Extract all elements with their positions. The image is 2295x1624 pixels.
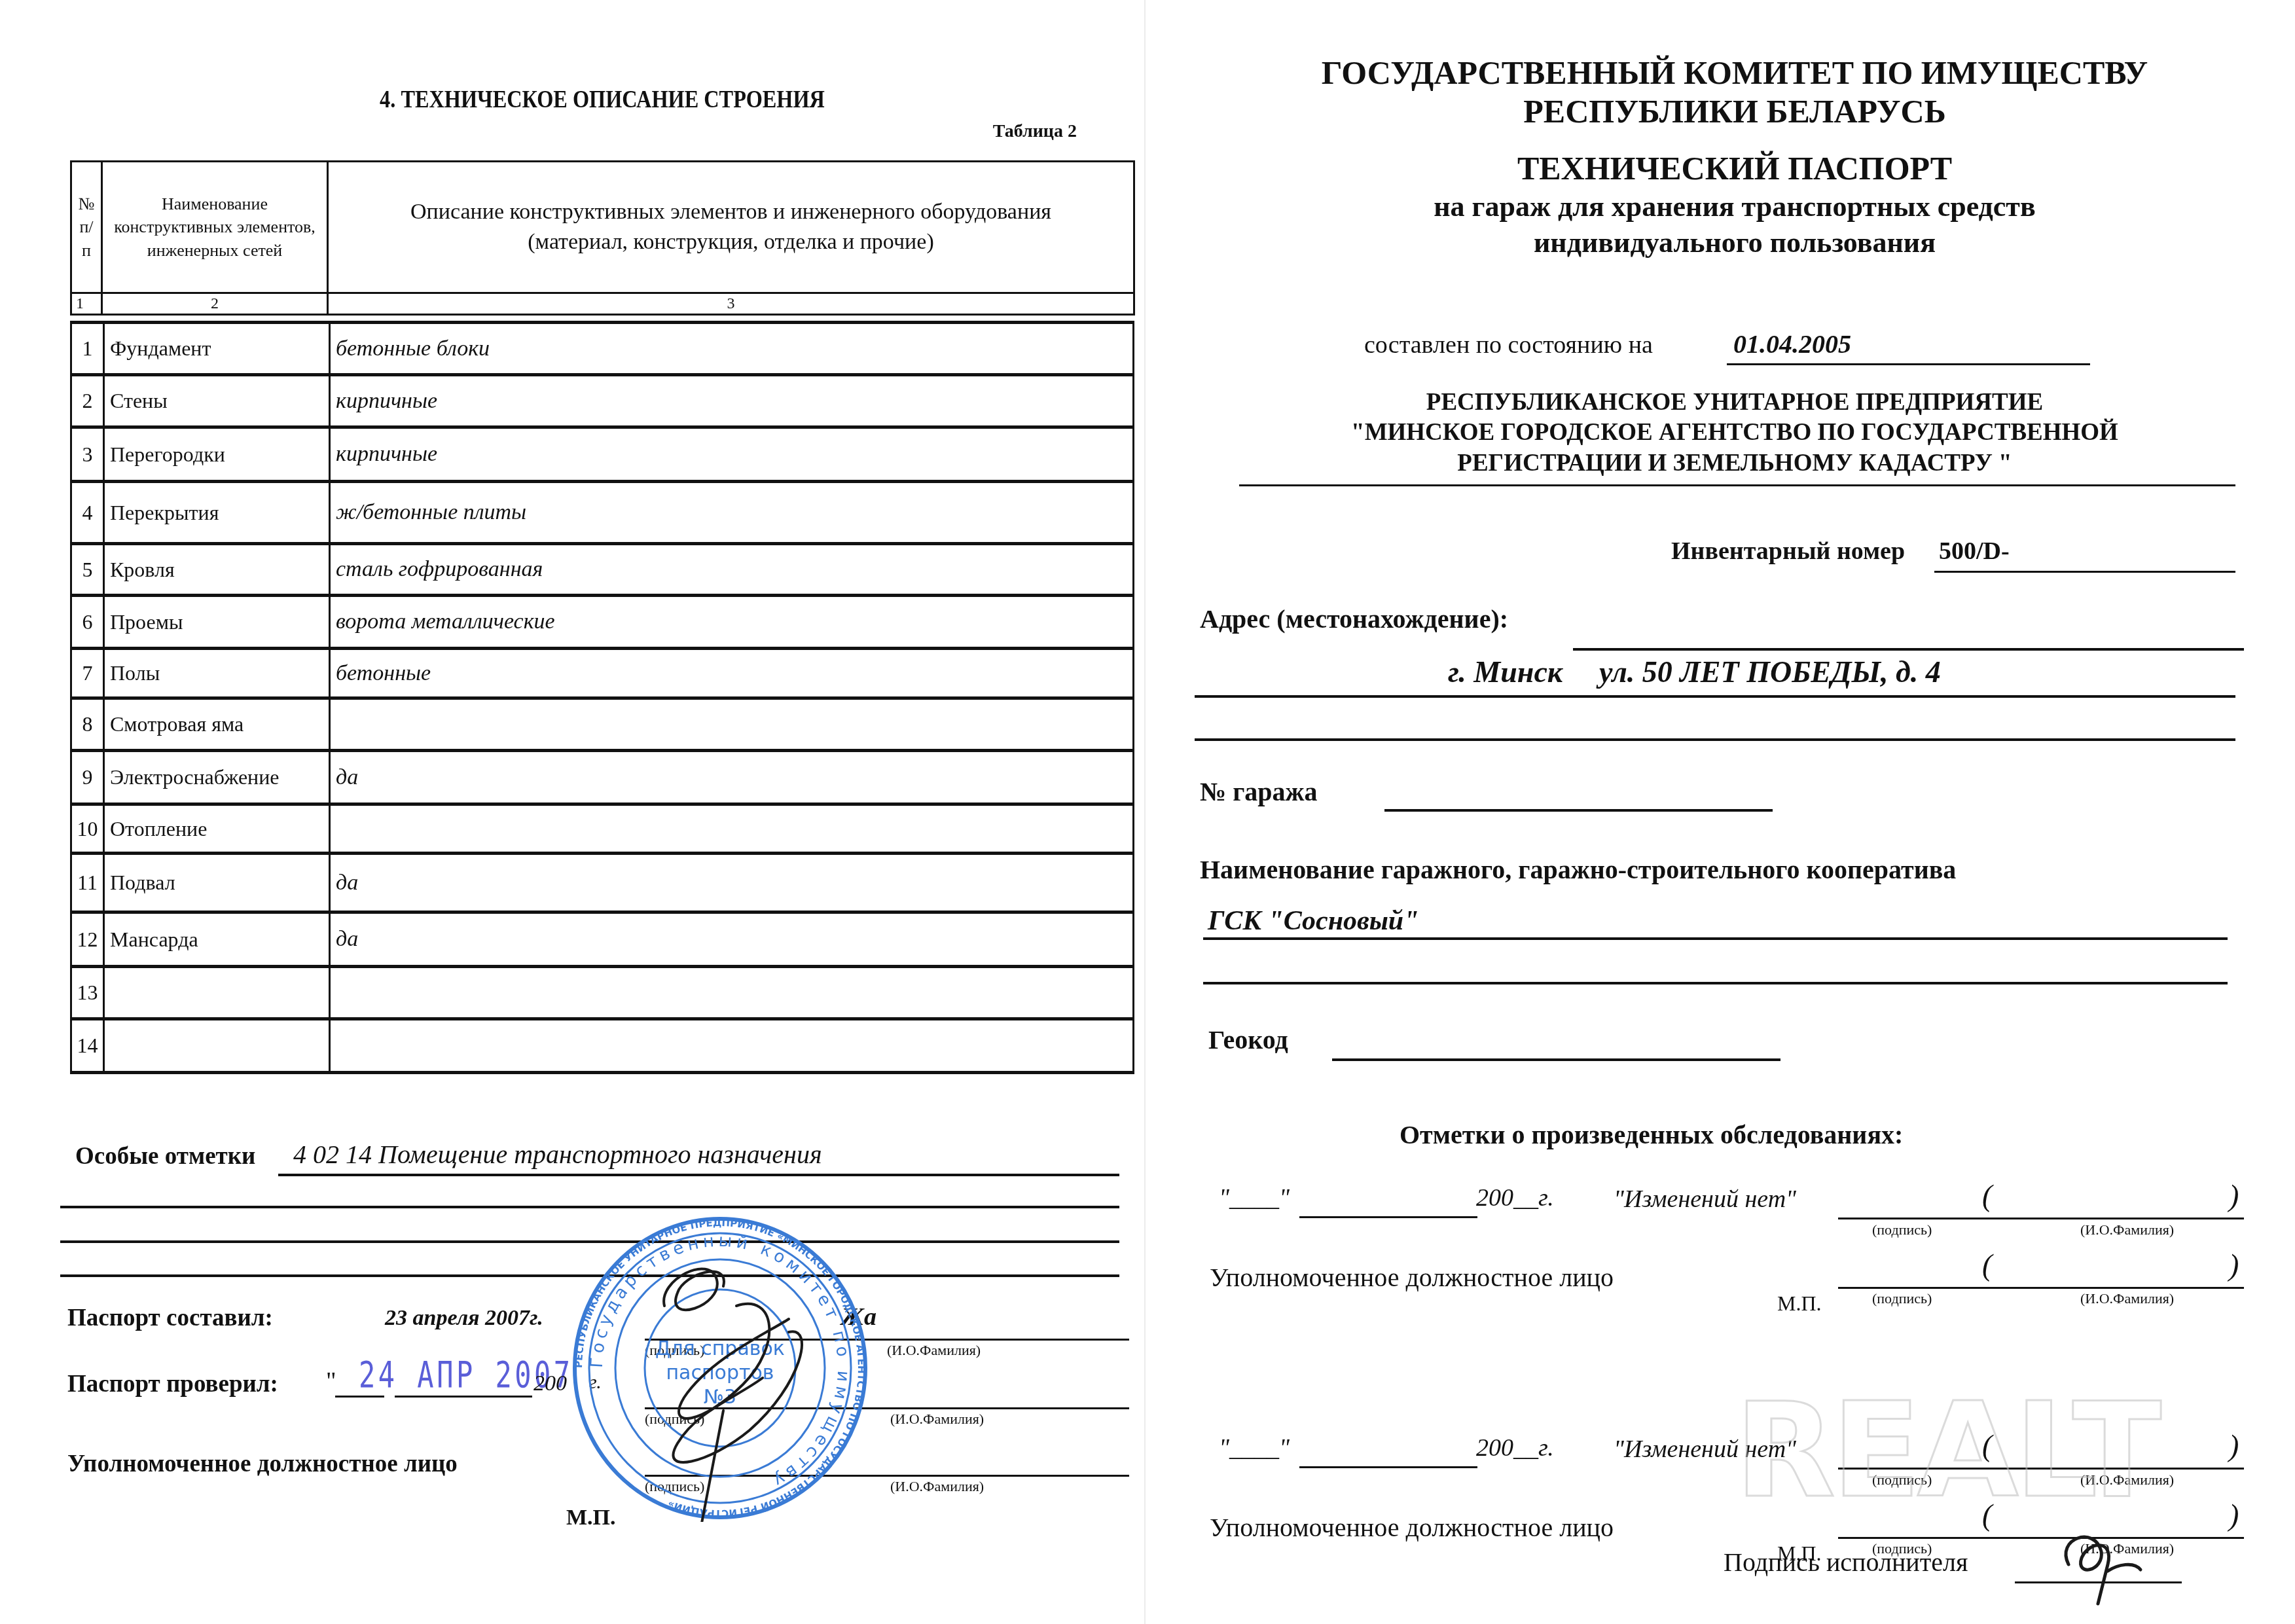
as-of-label: составлен по состоянию на	[1364, 331, 1653, 359]
survey-sign-line	[1838, 1218, 2244, 1219]
row-description: ж/бетонные плиты	[331, 483, 1134, 542]
survey-status: "Изменений нет"	[1614, 1185, 1796, 1214]
row-element-name: Перекрытия	[105, 483, 331, 542]
row-element-name: Подвал	[105, 855, 331, 911]
header-no: № п/ п	[71, 162, 102, 293]
row-element-name: Перегородки	[105, 429, 331, 480]
special-notes-label: Особые отметки	[75, 1142, 255, 1170]
surveys-title: Отметки о произведенных обследованиях:	[1400, 1119, 1903, 1150]
table-row: 7 Полы бетонные	[70, 647, 1134, 696]
committee-title: ГОСУДАРСТВЕННЫЙ КОМИТЕТ ПО ИМУЩЕСТВУ РЕС…	[1211, 54, 2258, 130]
row-number: 7	[70, 650, 105, 696]
row-description	[331, 700, 1134, 749]
row-number: 14	[70, 1020, 105, 1071]
row-description: да	[331, 914, 1134, 965]
garage-no-line	[1384, 809, 1773, 812]
organization-name: РЕСПУБЛИКАНСКОЕ УНИТАРНОЕ ПРЕДПРИЯТИЕ "М…	[1211, 388, 2258, 478]
paren-close: )	[2229, 1248, 2239, 1282]
row-description: да	[331, 752, 1134, 803]
survey-official-sig-caption: (подпись)	[1872, 1290, 1932, 1307]
checked-label: Паспорт проверил:	[67, 1370, 278, 1398]
coop-label: Наименование гаражного, гаражно-строител…	[1200, 854, 1956, 885]
geocode-line	[1332, 1058, 1780, 1061]
table-row: 9 Электроснабжение да	[70, 749, 1134, 803]
official-round-stamp-icon: РЕСПУБЛИКАНСКОЕ УНИТАРНОЕ ПРЕДПРИЯТИЕ «М…	[566, 1214, 874, 1522]
row-number: 10	[70, 806, 105, 852]
checked-name-caption: (И.О.Фамилия)	[890, 1411, 984, 1428]
document-title: ТЕХНИЧЕСКИЙ ПАСПОРТ	[1211, 149, 2258, 188]
row-element-name	[105, 968, 331, 1017]
row-number: 11	[70, 855, 105, 911]
survey-date-quote: "____"	[1219, 1183, 1290, 1212]
header-desc: Описание конструктивных элементов и инже…	[328, 162, 1134, 293]
compiled-date: 23 апреля 2007г.	[385, 1306, 543, 1331]
row-number: 3	[70, 429, 105, 480]
technical-description-table: № п/ п Наименование конструктивных элеме…	[70, 160, 1135, 316]
survey-month-line	[1299, 1466, 1477, 1468]
row-description: ворота металлические	[331, 597, 1134, 647]
coop-line-1	[1203, 937, 2228, 940]
table-header-row: № п/ п Наименование конструктивных элеме…	[71, 162, 1134, 293]
paren-open: (	[1982, 1248, 1992, 1282]
row-element-name: Мансарда	[105, 914, 331, 965]
compiled-name-caption: (И.О.Фамилия)	[887, 1342, 981, 1359]
row-element-name: Проемы	[105, 597, 331, 647]
garage-no-label: № гаража	[1200, 776, 1318, 807]
survey-mp: М.П.	[1777, 1291, 1822, 1316]
table-row: 5 Кровля сталь гофрированная	[70, 542, 1134, 594]
row-description: сталь гофрированная	[331, 545, 1134, 594]
survey-year: 200__г.	[1476, 1183, 1554, 1212]
table-row: 12 Мансарда да	[70, 911, 1134, 965]
row-number: 12	[70, 914, 105, 965]
survey-official-sign-line	[1838, 1537, 2244, 1539]
row-element-name: Фундамент	[105, 324, 331, 373]
official-label: Уполномоченное должностное лицо	[67, 1450, 458, 1478]
row-description: бетонные блоки	[331, 324, 1134, 373]
survey-official-sign-line	[1838, 1287, 2244, 1289]
row-description: да	[331, 855, 1134, 911]
table-row: 8 Смотровая яма	[70, 696, 1134, 749]
row-number: 4	[70, 483, 105, 542]
table-row: 6 Проемы ворота металлические	[70, 594, 1134, 647]
document-subtitle: на гараж для хранения транспортных средс…	[1211, 189, 2258, 261]
survey-year: 200__г.	[1476, 1434, 1554, 1462]
survey-official-label: Уполномоченное должностное лицо	[1210, 1262, 1614, 1293]
as-of-line	[1727, 363, 2090, 365]
page-fold	[1144, 0, 1146, 1624]
executor-signature-icon	[2042, 1525, 2154, 1610]
as-of-date: 01.04.2005	[1733, 329, 1851, 359]
special-notes-line	[278, 1174, 1119, 1176]
table-row: 14	[70, 1017, 1134, 1071]
official-name-caption: (И.О.Фамилия)	[890, 1478, 984, 1495]
row-description: бетонные	[331, 650, 1134, 696]
row-element-name: Отопление	[105, 806, 331, 852]
survey-month-line	[1299, 1216, 1477, 1218]
column-number-row: 1 2 3	[71, 293, 1134, 315]
paren-open: (	[1982, 1178, 1992, 1213]
address-label: Адрес (местонахождение):	[1200, 604, 1508, 634]
address-city: г. Минск	[1448, 655, 1563, 689]
row-description	[331, 968, 1134, 1017]
executor-label: Подпись исполнителя	[1724, 1547, 1968, 1578]
address-line-1	[1573, 648, 2244, 651]
table-row: 3 Перегородки кирпичные	[70, 425, 1134, 480]
table-label: Таблица 2	[916, 121, 1077, 142]
geocode-label: Геокод	[1208, 1024, 1288, 1055]
survey-name-caption: (И.О.Фамилия)	[2080, 1221, 2174, 1238]
realt-watermark: REALT	[1735, 1375, 2158, 1527]
row-number: 5	[70, 545, 105, 594]
survey-sig-caption: (подпись)	[1872, 1221, 1932, 1238]
row-element-name: Стены	[105, 376, 331, 425]
table-row: 2 Стены кирпичные	[70, 373, 1134, 425]
row-element-name: Полы	[105, 650, 331, 696]
table-row: 13	[70, 965, 1134, 1017]
table-row: 10 Отопление	[70, 803, 1134, 852]
row-element-name: Электроснабжение	[105, 752, 331, 803]
special-notes-value: 4 02 14 Помещение транспортного назначен…	[293, 1139, 822, 1170]
inventory-line	[1934, 571, 2235, 573]
paren-close: )	[2229, 1178, 2239, 1213]
checked-day-line	[335, 1396, 384, 1398]
inventory-value: 500/D-	[1939, 537, 2010, 566]
organization-line	[1239, 484, 2235, 486]
header-name: Наименование конструктивных элементов, и…	[102, 162, 328, 293]
address-line-2	[1195, 695, 2235, 698]
paren-close: )	[2229, 1498, 2239, 1532]
row-number: 9	[70, 752, 105, 803]
row-element-name: Кровля	[105, 545, 331, 594]
coop-value: ГСК "Сосновый"	[1208, 905, 1419, 937]
row-number: 13	[70, 968, 105, 1017]
compiled-label: Паспорт составил:	[67, 1304, 273, 1332]
paren-close: )	[2229, 1428, 2239, 1463]
row-number: 2	[70, 376, 105, 425]
survey-date-quote: "____"	[1219, 1434, 1290, 1462]
row-element-name: Смотровая яма	[105, 700, 331, 749]
table-row: 4 Перекрытия ж/бетонные плиты	[70, 480, 1134, 542]
section-title: 4. ТЕХНИЧЕСКОЕ ОПИСАНИЕ СТРОЕНИЯ	[150, 85, 1055, 114]
inventory-label: Инвентарный номер	[1671, 537, 1905, 566]
row-number: 1	[70, 324, 105, 373]
row-element-name	[105, 1020, 331, 1071]
row-description: кирпичные	[331, 429, 1134, 480]
notes-line-2	[60, 1206, 1119, 1208]
row-number: 8	[70, 700, 105, 749]
row-description: кирпичные	[331, 376, 1134, 425]
coop-line-2	[1203, 982, 2228, 984]
checked-year: 200	[533, 1371, 567, 1396]
checked-quote: "	[326, 1367, 336, 1396]
table-bottom-border	[70, 1071, 1134, 1074]
table-row: 1 Фундамент бетонные блоки	[70, 321, 1134, 373]
row-description	[331, 1020, 1134, 1071]
address-street: ул. 50 ЛЕТ ПОБЕДЫ, д. 4	[1599, 655, 1941, 689]
survey-official-label: Уполномоченное должностное лицо	[1210, 1512, 1614, 1543]
address-line-3	[1195, 738, 2235, 741]
row-description	[331, 806, 1134, 852]
survey-official-name-caption: (И.О.Фамилия)	[2080, 1290, 2174, 1307]
row-number: 6	[70, 597, 105, 647]
checked-month-line	[395, 1396, 532, 1398]
table-row: 11 Подвал да	[70, 852, 1134, 911]
